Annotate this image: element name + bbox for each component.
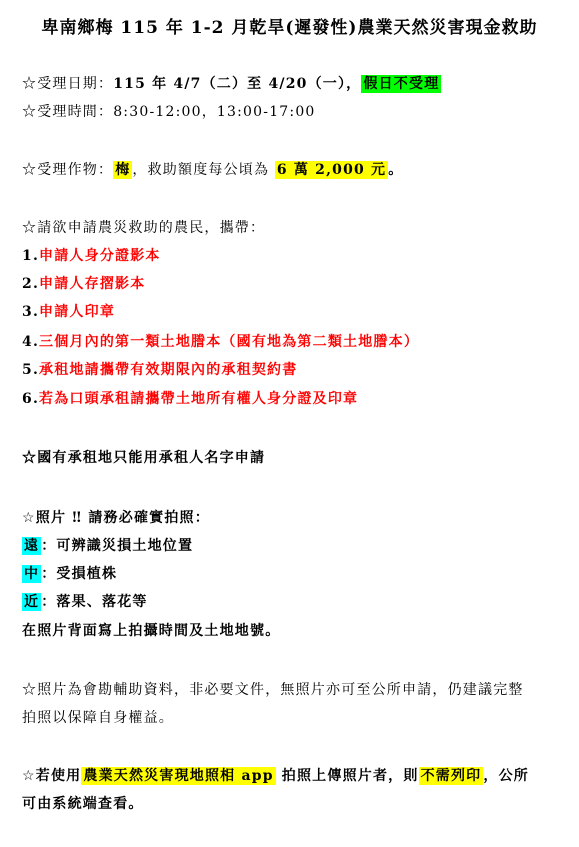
document-item: 4.三個月內的第一類土地謄本（國有地為第二類土地謄本） — [22, 332, 419, 352]
app-note-suffix: ，公所 — [483, 768, 529, 784]
item-text: 申請人印章 — [39, 304, 115, 320]
photo-optional-line1: ☆照片為會勘輔助資料，非必要文件，無照片亦可至公所申請，仍建議完整 — [22, 680, 524, 700]
star-icon: ☆ — [22, 768, 36, 784]
star-icon: ☆ — [22, 450, 37, 466]
documents-heading-text: 請欲申請農災救助的農民，攜帶： — [37, 220, 265, 236]
item-number: 4. — [22, 334, 39, 350]
item-text: 申請人身分證影本 — [39, 248, 161, 264]
item-number: 5. — [22, 362, 39, 378]
crop-label: 受理作物： — [37, 162, 113, 178]
no-print-highlight: 不需列印 — [419, 767, 484, 785]
photo-item-near: 近：落果、落花等 — [22, 592, 148, 612]
photo-item-mid: 中：受損植株 — [22, 564, 117, 584]
star-icon: ☆ — [22, 162, 37, 178]
app-note-line2: 可由系統端查看。 — [22, 794, 144, 814]
photo-desc: ：可辨識災損土地位置 — [41, 538, 193, 554]
document-item: 6.若為口頭承租請攜帶土地所有權人身分證及印章 — [22, 389, 358, 409]
item-text: 申請人存摺影本 — [39, 276, 145, 292]
photo-note: 在照片背面寫上拍攝時間及土地地號。 — [22, 621, 280, 641]
document-item: 1.申請人身分證影本 — [22, 246, 161, 266]
photo-desc: ：受損植株 — [41, 566, 117, 582]
app-note-middle: 拍照上傳照片者，則 — [276, 768, 419, 784]
item-number: 1. — [22, 248, 39, 264]
item-number: 6. — [22, 391, 39, 407]
photo-desc: ：落果、落花等 — [41, 594, 147, 610]
photos-heading: ☆照片 ‼ 請務必確實拍照： — [22, 508, 210, 528]
document-item: 2.申請人存摺影本 — [22, 274, 145, 294]
state-land-line: ☆國有承租地只能用承租人名字申請 — [22, 448, 265, 468]
app-name-highlight: 農業天然災害現地照相 app — [81, 767, 275, 785]
photo-item-far: 遠：可辨識災損土地位置 — [22, 536, 193, 556]
double-exclamation-icon: ‼ — [72, 510, 82, 526]
page-title: 卑南鄉梅 115 年 1-2 月乾旱(遲發性)農業天然災害現金救助 — [0, 13, 579, 38]
photo-key-mid: 中 — [22, 565, 41, 583]
crop-line: ☆受理作物：梅，救助額度每公頃為 6 萬 2,000 元。 — [22, 160, 403, 180]
item-text: 三個月內的第一類土地謄本（國有地為第二類土地謄本） — [39, 334, 419, 350]
no-holiday-highlight: 假日不受理 — [361, 75, 441, 93]
item-text: 若為口頭承租請攜帶土地所有權人身分證及印章 — [39, 391, 358, 407]
amount-highlight: 6 萬 2,000 元 — [275, 161, 388, 179]
item-text: 承租地請攜帶有效期限內的承租契約書 — [39, 362, 297, 378]
star-icon: ☆ — [22, 510, 36, 526]
documents-heading: ☆請欲申請農災救助的農民，攜帶： — [22, 218, 265, 238]
intake-time-label: 受理時間： — [37, 104, 113, 120]
intake-date-label: 受理日期： — [37, 76, 113, 92]
intake-date-line: ☆受理日期：115 年 4/7（二）至 4/20（一），假日不受理 — [22, 74, 441, 94]
crop-end: 。 — [388, 162, 403, 178]
intake-date-value: 115 年 4/7（二）至 4/20（一）， — [113, 76, 361, 92]
photo-optional-line2: 拍照以保障自身權益。 — [22, 708, 174, 728]
intake-time-line: ☆受理時間：8:30-12:00，13:00-17:00 — [22, 102, 316, 122]
document-item: 5.承租地請攜帶有效期限內的承租契約書 — [22, 360, 297, 380]
photo-key-far: 遠 — [22, 537, 41, 555]
star-icon: ☆ — [22, 220, 37, 236]
photo-key-near: 近 — [22, 593, 41, 611]
star-icon: ☆ — [22, 682, 37, 698]
photos-heading-b: 請務必確實拍照： — [82, 510, 210, 526]
crop-name-highlight: 梅 — [113, 161, 132, 179]
intake-time-value: 8:30-12:00，13:00-17:00 — [113, 104, 315, 120]
app-note-line1: ☆若使用農業天然災害現地照相 app 拍照上傳照片者，則不需列印，公所 — [22, 766, 529, 786]
star-icon: ☆ — [22, 76, 37, 92]
document-item: 3.申請人印章 — [22, 302, 115, 322]
crop-middle-text: ，救助額度每公頃為 — [132, 162, 274, 178]
photos-heading-a: 照片 — [36, 510, 72, 526]
app-note-prefix: 若使用 — [36, 768, 82, 784]
star-icon: ☆ — [22, 104, 37, 120]
state-land-text: 國有承租地只能用承租人名字申請 — [37, 450, 265, 466]
photo-optional-text: 照片為會勘輔助資料，非必要文件，無照片亦可至公所申請，仍建議完整 — [37, 682, 523, 698]
item-number: 2. — [22, 276, 39, 292]
item-number: 3. — [22, 304, 39, 320]
